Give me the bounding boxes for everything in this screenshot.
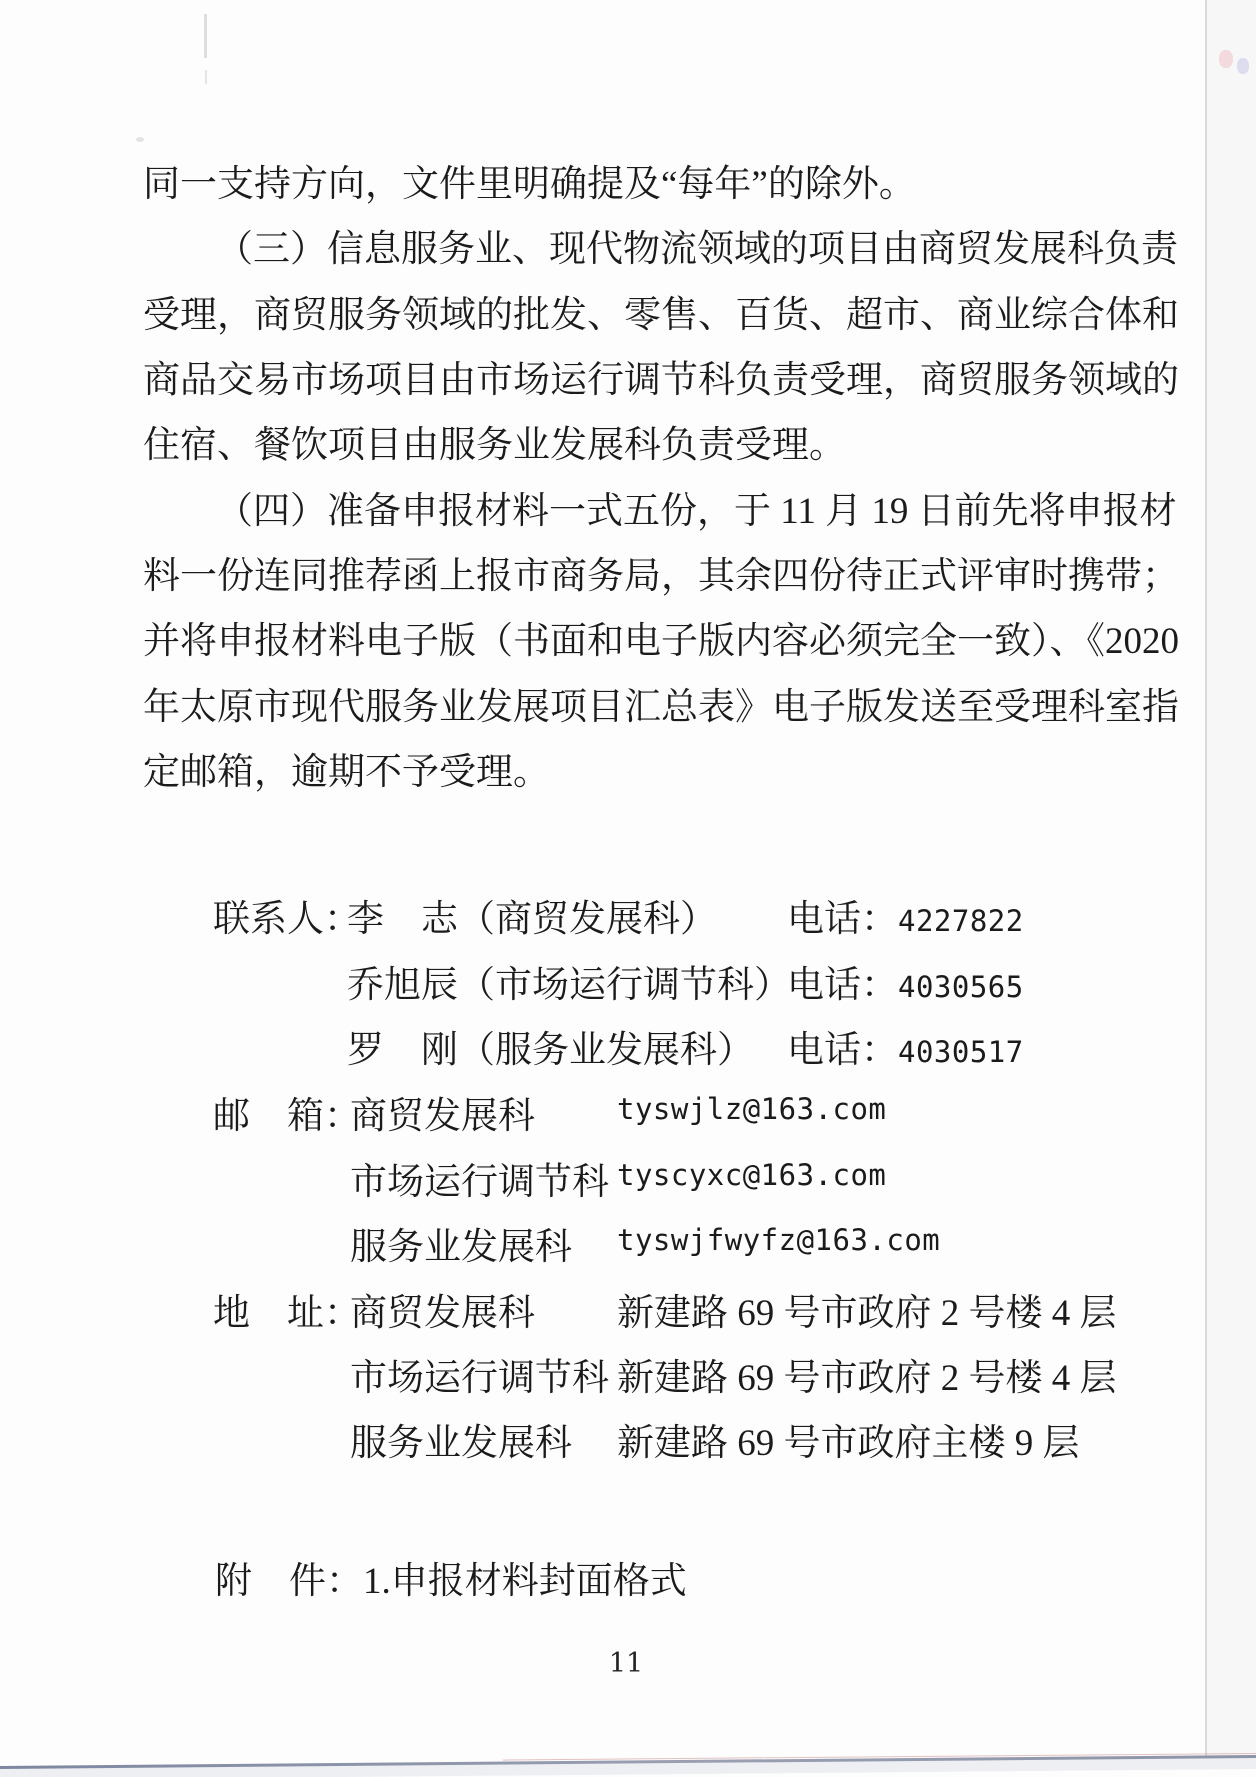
paragraph-line-8: 并将申报材料电子版（书面和电子版内容必须完全一致）、《2020 — [143, 622, 1179, 662]
address-row: 市场运行调节科 新建路 69 号市政府 2 号楼 4 层 — [0, 1347, 1256, 1393]
contact-name: 罗 刚 — [347, 1030, 458, 1071]
scanned-document-page: 同一支持方向，文件里明确提及“每年”的除外。 （三）信息服务业、现代物流领域的项… — [0, 0, 1256, 1777]
address-text: 新建路 69 号市政府 2 号楼 4 层 — [617, 1347, 1117, 1401]
address-row: 地 址： 商贸发展科 新建路 69 号市政府 2 号楼 4 层 — [0, 1282, 1256, 1328]
attachment-text: 1.申报材料封面格式 — [363, 1561, 687, 1602]
paragraph-line-1: 同一支持方向，文件里明确提及“每年”的除外。 — [143, 165, 916, 205]
email-dept: 商贸发展科 — [350, 1085, 535, 1139]
contact-name: 李 志 — [347, 899, 458, 940]
scan-right-margin-strip — [1207, 0, 1256, 1762]
phone-number: 4227822 — [898, 904, 1024, 938]
scan-mark-top-left — [204, 14, 207, 58]
email-address: tyswjfwyfz@163.com — [617, 1223, 940, 1257]
emails-label: 邮 箱： — [213, 1085, 361, 1139]
address-text: 新建路 69 号市政府 2 号楼 4 层 — [617, 1282, 1117, 1336]
contact-dept: （服务业发展科） — [458, 1030, 754, 1071]
scan-smudge-blue — [1237, 58, 1249, 74]
email-address: tyscyxc@163.com — [617, 1158, 886, 1192]
address-dept: 市场运行调节科 — [350, 1347, 609, 1401]
scan-right-edge-line — [1205, 0, 1207, 1762]
contact-row: 罗 刚（服务业发展科） 电话：4030517 — [0, 1019, 1256, 1065]
address-dept: 商贸发展科 — [350, 1282, 535, 1336]
contact-name: 乔旭辰 — [347, 965, 458, 1006]
paragraph-line-6: （四）准备申报材料一式五份，于 11 月 19 日前先将申报材 — [216, 492, 1177, 532]
contact-dept: （市场运行调节科） — [458, 965, 791, 1006]
phone-label: 电话： — [787, 1030, 898, 1071]
email-dept: 服务业发展科 — [350, 1216, 572, 1270]
page-number: 11 — [596, 1648, 656, 1679]
paragraph-line-7: 料一份连同推荐函上报市商务局，其余四份待正式评审时携带； — [143, 557, 1179, 597]
phone-number: 4030517 — [898, 1035, 1024, 1069]
phone-number: 4030565 — [898, 970, 1024, 1004]
paragraph-line-9: 年太原市现代服务业发展项目汇总表》电子版发送至受理科室指 — [143, 688, 1179, 728]
addresses-label: 地 址： — [213, 1282, 361, 1336]
paragraph-line-5: 住宿、餐饮项目由服务业发展科负责受理。 — [143, 426, 846, 466]
scan-mark-top-left-dot — [205, 70, 207, 84]
contact-dept: （商贸发展科） — [458, 899, 717, 940]
email-row: 服务业发展科 tyswjfwyfz@163.com — [0, 1216, 1256, 1262]
paragraph-line-2: （三）信息服务业、现代物流领域的项目由商贸发展科负责 — [216, 230, 1178, 270]
email-address: tyswjlz@163.com — [617, 1092, 886, 1126]
address-row: 服务业发展科 新建路 69 号市政府主楼 9 层 — [0, 1412, 1256, 1458]
address-dept: 服务业发展科 — [350, 1412, 572, 1466]
attachment-label: 附 件： — [215, 1561, 363, 1602]
contact-row: 乔旭辰（市场运行调节科） 电话：4030565 — [0, 954, 1256, 1000]
scan-smudge-pink — [1219, 50, 1233, 68]
attachment-row: 附 件：1.申报材料封面格式 — [215, 1550, 687, 1604]
paragraph-line-4: 商品交易市场项目由市场运行调节科负责受理，商贸服务领域的 — [143, 361, 1179, 401]
paragraph-line-10: 定邮箱，逾期不予受理。 — [143, 753, 550, 793]
address-text: 新建路 69 号市政府主楼 9 层 — [617, 1412, 1080, 1466]
contact-row: 联系人： 李 志（商贸发展科） 电话：4227822 — [0, 888, 1256, 934]
scan-smudge-dot — [136, 137, 144, 142]
phone-label: 电话： — [787, 899, 898, 940]
email-row: 市场运行调节科 tyscyxc@163.com — [0, 1151, 1256, 1197]
phone-label: 电话： — [787, 965, 898, 1006]
paragraph-line-3: 受理，商贸服务领域的批发、零售、百货、超市、商业综合体和 — [143, 296, 1179, 336]
email-row: 邮 箱： 商贸发展科 tyswjlz@163.com — [0, 1085, 1256, 1131]
email-dept: 市场运行调节科 — [350, 1151, 609, 1205]
contacts-label: 联系人： — [213, 888, 361, 942]
